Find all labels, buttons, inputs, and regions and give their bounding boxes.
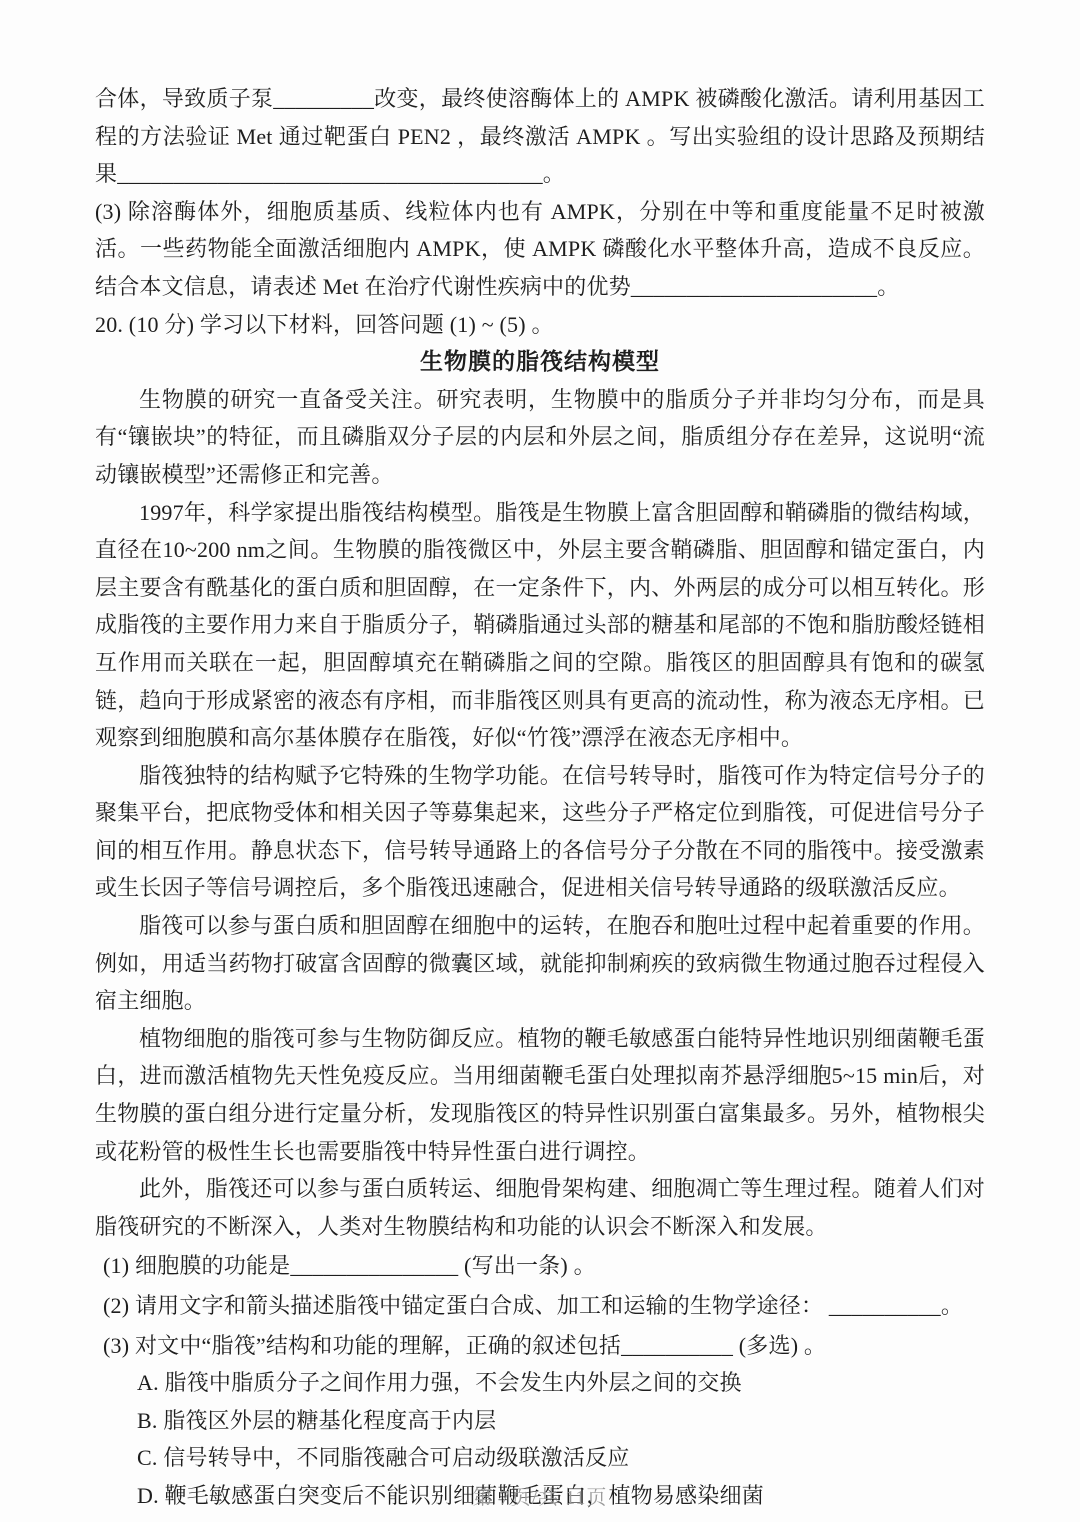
- continued-question-fragment: 合体，导致质子泵_________改变，最终使溶酶体上的 AMPK 被磷酸化激活…: [95, 80, 985, 193]
- question-19-part-3: (3) 除溶酶体外，细胞质基质、线粒体内也有 AMPK，分别在中等和重度能量不足…: [95, 193, 985, 306]
- sub-question-1: (1) 细胞膜的功能是_______________ (写出一条) 。: [95, 1247, 985, 1285]
- question-20-stem: 20. (10 分) 学习以下材料，回答问题 (1) ~ (5) 。: [95, 306, 985, 344]
- material-paragraph-5: 植物细胞的脂筏可参与生物防御反应。植物的鞭毛敏感蛋白能特异性地识别细菌鞭毛蛋白，…: [95, 1020, 985, 1170]
- exam-page-body: 合体，导致质子泵_________改变，最终使溶酶体上的 AMPK 被磷酸化激活…: [95, 80, 985, 1515]
- sub-question-3: (3) 对文中“脂筏”结构和功能的理解，正确的叙述包括__________ (多…: [95, 1327, 985, 1365]
- choice-option-c: C. 信号转导中，不同脂筏融合可启动级联激活反应: [95, 1439, 985, 1477]
- sub-question-2: (2) 请用文字和箭头描述脂筏中锚定蛋白合成、加工和运输的生物学途径： ____…: [95, 1287, 985, 1325]
- page-number-indicator: 第 7页/共 11页: [0, 1481, 1080, 1510]
- choice-option-a: A. 脂筏中脂质分子之间作用力强，不会发生内外层之间的交换: [95, 1364, 985, 1402]
- material-paragraph-6: 此外，脂筏还可以参与蛋白质转运、细胞骨架构建、细胞凋亡等生理过程。随着人们对脂筏…: [95, 1170, 985, 1245]
- material-paragraph-4: 脂筏可以参与蛋白质和胆固醇在细胞中的运转，在胞吞和胞吐过程中起着重要的作用。例如…: [95, 907, 985, 1020]
- material-title: 生物膜的脂筏结构模型: [95, 343, 985, 381]
- material-paragraph-3: 脂筏独特的结构赋予它特殊的生物学功能。在信号转导时，脂筏可作为特定信号分子的聚集…: [95, 757, 985, 907]
- material-paragraph-1: 生物膜的研究一直备受关注。研究表明，生物膜中的脂质分子并非均匀分布，而是具有“镶…: [95, 381, 985, 494]
- material-paragraph-2: 1997年，科学家提出脂筏结构模型。脂筏是生物膜上富含胆固醇和鞘磷脂的微结构域，…: [95, 494, 985, 757]
- choice-option-b: B. 脂筏区外层的糖基化程度高于内层: [95, 1402, 985, 1440]
